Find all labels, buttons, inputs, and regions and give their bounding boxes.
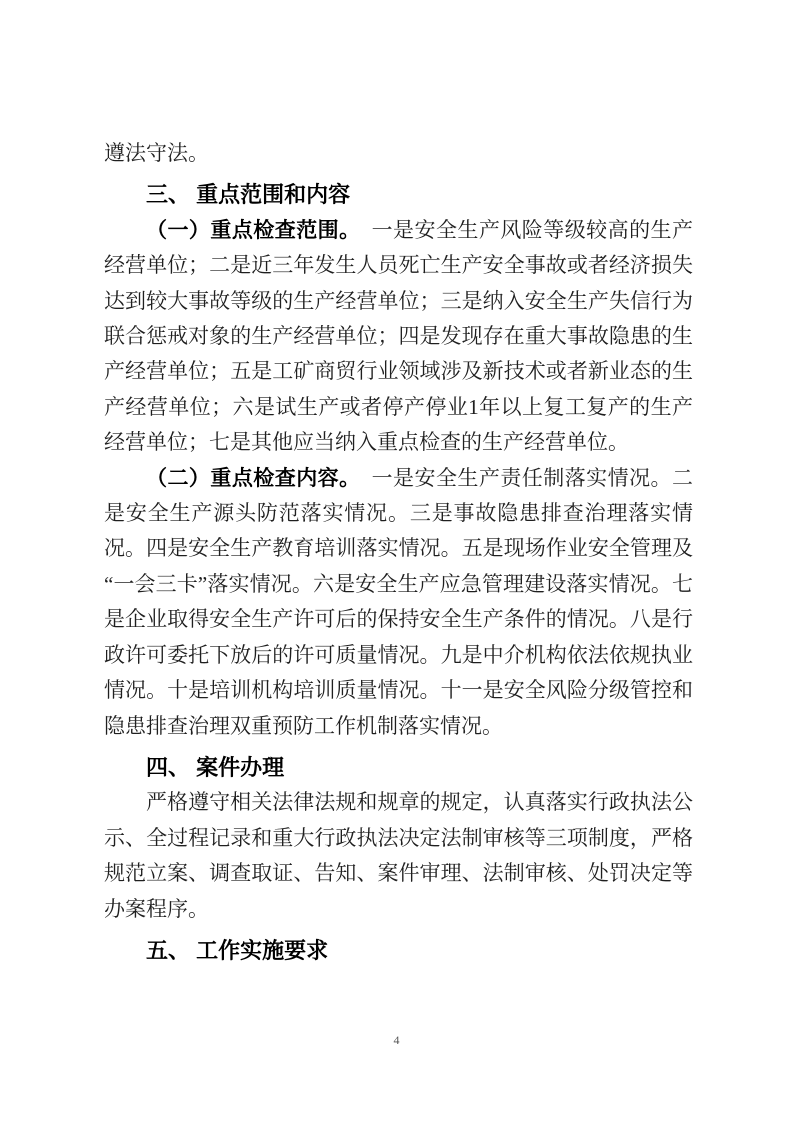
paragraph-inspection-content: （二）重点检查内容。 一是安全生产责任制落实情况。二是安全生产源头防范落实情况。… xyxy=(104,461,693,744)
page-number: 4 xyxy=(0,1032,793,1048)
heading-section-5: 五、 工作实施要求 xyxy=(104,933,693,968)
paragraph-inspection-content-text: 一是安全生产责任制落实情况。二是安全生产源头防范落实情况。三是事故隐患排查治理落… xyxy=(104,466,693,738)
document-content: 遵法守法。 三、 重点范围和内容 （一）重点检查范围。 一是安全生产风险等级较高… xyxy=(104,136,693,968)
paragraph-inspection-scope-text: 一是安全生产风险等级较高的生产经营单位；二是近三年发生人员死亡生产安全事故或者经… xyxy=(104,218,693,454)
paragraph-inspection-scope: （一）重点检查范围。 一是安全生产风险等级较高的生产经营单位；二是近三年发生人员… xyxy=(104,213,693,461)
paragraph-inspection-content-lead: （二）重点检查内容。 xyxy=(146,467,350,490)
paragraph-inspection-scope-lead: （一）重点检查范围。 xyxy=(146,219,350,242)
document-page: 遵法守法。 三、 重点范围和内容 （一）重点检查范围。 一是安全生产风险等级较高… xyxy=(0,0,793,1122)
paragraph-continuation: 遵法守法。 xyxy=(104,136,693,171)
paragraph-case-handling: 严格遵守相关法律法规和规章的规定，认真落实行政执法公示、全过程记录和重大行政执法… xyxy=(104,785,693,927)
heading-section-4: 四、 案件办理 xyxy=(104,750,693,785)
heading-section-3: 三、 重点范围和内容 xyxy=(104,177,693,212)
